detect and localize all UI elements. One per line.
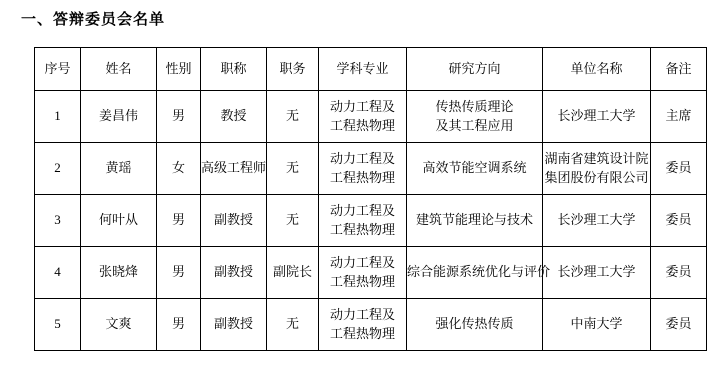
table-cell: 委员 (651, 299, 707, 351)
table-cell: 无 (267, 299, 319, 351)
table-row: 2黄瑶女高级工程师无动力工程及 工程热物理高效节能空调系统湖南省建筑设计院 集团… (35, 143, 707, 195)
table-cell: 1 (35, 91, 81, 143)
table-cell: 文爽 (81, 299, 157, 351)
table-cell: 湖南省建筑设计院 集团股份有限公司 (543, 143, 651, 195)
table-cell: 无 (267, 91, 319, 143)
column-header: 研究方向 (407, 48, 543, 91)
table-cell: 委员 (651, 143, 707, 195)
table-cell: 3 (35, 195, 81, 247)
table-cell: 委员 (651, 247, 707, 299)
table-cell: 委员 (651, 195, 707, 247)
table-cell: 无 (267, 143, 319, 195)
table-cell: 动力工程及 工程热物理 (319, 247, 407, 299)
table-cell: 姜昌伟 (81, 91, 157, 143)
table-cell: 强化传热传质 (407, 299, 543, 351)
table-cell: 动力工程及 工程热物理 (319, 299, 407, 351)
table-cell: 副教授 (201, 299, 267, 351)
table-cell: 女 (157, 143, 201, 195)
column-header: 职务 (267, 48, 319, 91)
table-cell: 动力工程及 工程热物理 (319, 91, 407, 143)
table-cell: 何叶从 (81, 195, 157, 247)
table-cell: 副教授 (201, 247, 267, 299)
table-cell: 长沙理工大学 (543, 195, 651, 247)
table-cell: 男 (157, 195, 201, 247)
table-row: 4张晓烽男副教授副院长动力工程及 工程热物理综合能源系统优化与评价长沙理工大学委… (35, 247, 707, 299)
committee-table: 序号姓名性别职称职务学科专业研究方向单位名称备注 1姜昌伟男教授无动力工程及 工… (34, 47, 707, 351)
table-cell: 高效节能空调系统 (407, 143, 543, 195)
column-header: 备注 (651, 48, 707, 91)
table-cell: 4 (35, 247, 81, 299)
column-header: 姓名 (81, 48, 157, 91)
table-row: 1姜昌伟男教授无动力工程及 工程热物理传热传质理论 及其工程应用长沙理工大学主席 (35, 91, 707, 143)
table-cell: 2 (35, 143, 81, 195)
table-cell: 副院长 (267, 247, 319, 299)
column-header: 性别 (157, 48, 201, 91)
table-cell: 中南大学 (543, 299, 651, 351)
column-header: 职称 (201, 48, 267, 91)
table-cell: 动力工程及 工程热物理 (319, 195, 407, 247)
table-cell: 长沙理工大学 (543, 247, 651, 299)
table-cell: 建筑节能理论与技术 (407, 195, 543, 247)
table-cell: 长沙理工大学 (543, 91, 651, 143)
table-cell: 主席 (651, 91, 707, 143)
column-header: 序号 (35, 48, 81, 91)
table-cell: 男 (157, 299, 201, 351)
table-cell: 传热传质理论 及其工程应用 (407, 91, 543, 143)
table-cell: 副教授 (201, 195, 267, 247)
table-row: 5文爽男副教授无动力工程及 工程热物理强化传热传质中南大学委员 (35, 299, 707, 351)
table-body: 1姜昌伟男教授无动力工程及 工程热物理传热传质理论 及其工程应用长沙理工大学主席… (35, 91, 707, 351)
table-cell: 动力工程及 工程热物理 (319, 143, 407, 195)
table-cell: 5 (35, 299, 81, 351)
table-cell: 高级工程师 (201, 143, 267, 195)
table-cell: 男 (157, 91, 201, 143)
table-cell: 教授 (201, 91, 267, 143)
document-page: 一、答辩委员会名单 序号姓名性别职称职务学科专业研究方向单位名称备注 1姜昌伟男… (0, 0, 726, 371)
table-cell: 无 (267, 195, 319, 247)
table-cell: 黄瑶 (81, 143, 157, 195)
page-title: 一、答辩委员会名单 (21, 8, 165, 29)
table-cell: 综合能源系统优化与评价 (407, 247, 543, 299)
table-row: 3何叶从男副教授无动力工程及 工程热物理建筑节能理论与技术长沙理工大学委员 (35, 195, 707, 247)
column-header: 学科专业 (319, 48, 407, 91)
column-header: 单位名称 (543, 48, 651, 91)
table-cell: 张晓烽 (81, 247, 157, 299)
table-cell: 男 (157, 247, 201, 299)
header-row: 序号姓名性别职称职务学科专业研究方向单位名称备注 (35, 48, 707, 91)
